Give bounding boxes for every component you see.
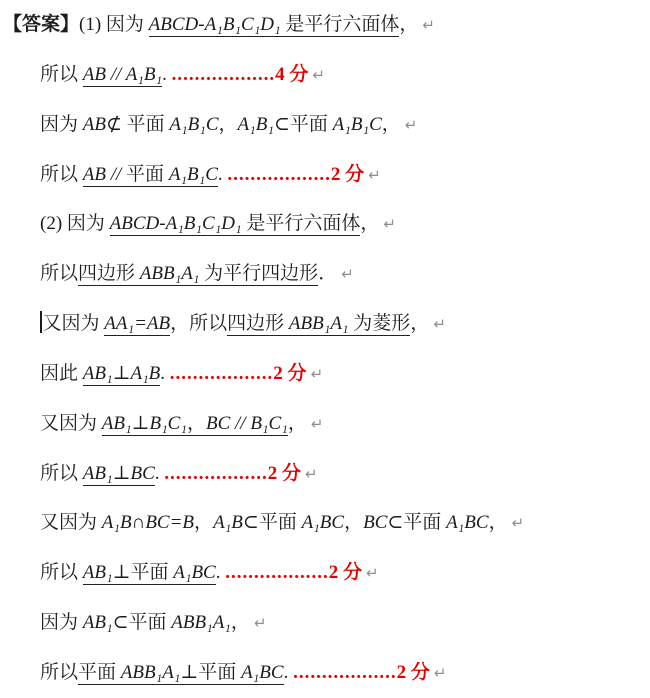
- text-segment: ⊂: [113, 612, 129, 633]
- text-segment: 因此: [40, 363, 83, 384]
- text-segment: AB₁: [83, 363, 113, 386]
- text-segment: A₁B₁: [238, 114, 274, 135]
- text-line: 所以 AB₁⊥平面 A₁BC. ..................2 分↵: [0, 548, 650, 598]
- document-page: 【答案】(1) 因为 ABCD-A₁B₁C₁D₁ 是平行六面体，↵所以 AB /…: [0, 0, 650, 698]
- text-segment: B₁C₁: [149, 413, 187, 436]
- text-segment: 所以: [40, 662, 78, 683]
- text-segment: 因为: [40, 114, 83, 135]
- text-segment: //: [106, 164, 126, 187]
- text-segment: A₁BC: [302, 512, 345, 533]
- return-mark-icon: ↵: [366, 564, 379, 582]
- text-segment: 平面: [259, 512, 302, 533]
- score-badge: 2 分: [331, 164, 364, 185]
- text-line: 所以平面 ABB₁A₁⊥平面 A₁BC. ..................2…: [0, 648, 650, 698]
- return-mark-icon: ↵: [434, 664, 447, 682]
- text-segment: ⊥: [113, 363, 131, 386]
- return-mark-icon: ↵: [512, 514, 525, 532]
- text-segment: AA₁=AB: [104, 313, 170, 336]
- text-segment: 平面: [129, 612, 172, 633]
- text-segment: ABB₁A₁: [171, 612, 231, 633]
- text-segment: A₁BC: [173, 562, 216, 585]
- text-segment: .: [218, 164, 228, 185]
- text-line: 所以四边形 ABB₁A₁ 为平行四边形．↵: [0, 249, 650, 299]
- text-segment: ⊂: [387, 512, 403, 533]
- text-segment: ⊥: [113, 562, 131, 585]
- text-line: 所以 AB // 平面 A₁B₁C. ..................2 分…: [0, 150, 650, 200]
- text-segment: ，: [382, 114, 401, 135]
- return-mark-icon: ↵: [312, 66, 325, 84]
- text-segment: A₁BC: [241, 662, 284, 685]
- return-mark-icon: ↵: [311, 415, 324, 433]
- dotted-leader: ..................: [172, 64, 276, 85]
- text-segment: 是平行六面体: [242, 213, 361, 236]
- text-segment: 平面: [127, 114, 170, 135]
- return-mark-icon: ↵: [254, 614, 267, 632]
- text-cursor: |: [40, 311, 42, 333]
- text-segment: ，: [219, 114, 238, 135]
- score-badge: 2 分: [268, 463, 301, 484]
- text-segment: AB: [83, 164, 106, 187]
- text-segment: A₁B: [130, 363, 160, 386]
- text-segment: ABB₁A₁: [121, 662, 181, 685]
- text-line: 因此 AB₁⊥A₁B. ..................2 分↵: [0, 349, 650, 399]
- text-segment: B₁C₁: [250, 413, 288, 436]
- score-badge: 2 分: [397, 662, 430, 683]
- text-segment: ，: [231, 612, 250, 633]
- dotted-leader: ..................: [227, 164, 331, 185]
- text-segment: (2) 因为: [40, 213, 110, 234]
- text-segment: 【答案】: [3, 14, 79, 35]
- text-segment: AB₁: [83, 562, 113, 585]
- text-segment: 是平行六面体: [281, 14, 400, 37]
- text-segment: ，: [288, 413, 307, 434]
- text-segment: 为平行四边形: [199, 263, 318, 286]
- text-segment: 所以: [40, 64, 83, 85]
- text-segment: 又因为: [40, 413, 102, 434]
- text-segment: 四边形: [227, 313, 289, 336]
- text-segment: 平面: [130, 562, 173, 585]
- text-segment: ．: [318, 263, 337, 284]
- return-mark-icon: ↵: [341, 265, 354, 283]
- return-mark-icon: ↵: [311, 365, 324, 383]
- text-line: |又因为 AA₁=AB，所以四边形 ABB₁A₁ 为菱形，↵: [0, 299, 650, 349]
- text-segment: 四边形: [78, 263, 140, 286]
- text-line: 又因为 A₁B∩BC=B，A₁B⊂平面 A₁BC，BC⊂平面 A₁BC，↵: [0, 498, 650, 548]
- return-mark-icon: ↵: [368, 166, 381, 184]
- text-segment: //: [106, 64, 126, 87]
- text-segment: BC: [130, 463, 154, 486]
- text-segment: 平面: [403, 512, 446, 533]
- return-mark-icon: ↵: [305, 465, 318, 483]
- text-segment: 所以: [40, 263, 78, 284]
- text-segment: 平面: [126, 164, 169, 187]
- dotted-leader: ..................: [293, 662, 397, 683]
- text-segment: 又因为: [43, 313, 105, 334]
- text-line: 所以 AB₁⊥BC. ..................2 分↵: [0, 449, 650, 499]
- return-mark-icon: ↵: [422, 16, 435, 34]
- text-segment: //: [230, 413, 250, 436]
- text-line: 因为 AB₁⊂平面 ABB₁A₁，↵: [0, 598, 650, 648]
- text-segment: ⊥: [180, 662, 198, 685]
- score-badge: 2 分: [329, 562, 362, 583]
- text-segment: ⊥: [113, 463, 131, 486]
- text-segment: ，: [489, 512, 508, 533]
- text-segment: 所以: [40, 562, 83, 583]
- text-line: (2) 因为 ABCD-A₁B₁C₁D₁ 是平行六面体，↵: [0, 199, 650, 249]
- text-segment: BC: [206, 413, 230, 436]
- text-segment: 所以: [40, 463, 83, 484]
- text-segment: AB₁: [83, 463, 113, 486]
- dotted-leader: ..................: [225, 562, 329, 583]
- text-segment: ，: [360, 213, 379, 234]
- text-segment: AB₁: [83, 612, 113, 633]
- text-segment: ABB₁A₁: [289, 313, 349, 336]
- text-segment: 为菱形: [349, 313, 411, 336]
- text-segment: ⊂: [274, 114, 290, 135]
- text-segment: 平面: [78, 662, 121, 685]
- text-segment: A₁B: [102, 512, 132, 533]
- dotted-leader: ..................: [164, 463, 268, 484]
- text-segment: AB: [83, 114, 106, 135]
- text-segment: BC: [363, 512, 387, 533]
- text-segment: ，: [399, 14, 418, 35]
- text-segment: .: [284, 662, 294, 683]
- text-segment: ABB₁A₁: [140, 263, 200, 286]
- text-segment: A₁B₁: [126, 64, 162, 87]
- text-segment: .: [216, 562, 226, 583]
- text-segment: AB: [83, 64, 106, 87]
- text-segment: .: [162, 64, 172, 85]
- return-mark-icon: ↵: [433, 315, 446, 333]
- text-segment: .: [160, 363, 170, 384]
- text-segment: ，: [187, 413, 206, 436]
- text-segment: ，: [194, 512, 213, 533]
- text-segment: 又因为: [40, 512, 102, 533]
- answer-document-body: 【答案】(1) 因为 ABCD-A₁B₁C₁D₁ 是平行六面体，↵所以 AB /…: [0, 0, 650, 698]
- score-badge: 4 分: [275, 64, 308, 85]
- text-segment: AB₁: [102, 413, 132, 436]
- return-mark-icon: ↵: [383, 215, 396, 233]
- text-segment: 所以: [40, 164, 83, 185]
- dotted-leader: ..................: [170, 363, 274, 384]
- text-line: 因为 AB⊄ 平面 A₁B₁C，A₁B₁⊂平面 A₁B₁C，↵: [0, 100, 650, 150]
- text-segment: BC=B: [145, 512, 194, 533]
- score-badge: 2 分: [273, 363, 306, 384]
- text-segment: 因为: [40, 612, 83, 633]
- text-segment: ABCD-A₁B₁C₁D₁: [110, 213, 242, 236]
- text-segment: A₁B₁C: [333, 114, 382, 135]
- text-segment: .: [155, 463, 165, 484]
- text-segment: ∩: [132, 512, 146, 533]
- text-segment: ，所以: [170, 313, 227, 334]
- text-segment: A₁B: [213, 512, 243, 533]
- text-segment: A₁B₁C: [169, 114, 218, 135]
- text-segment: ⊥: [132, 413, 150, 436]
- text-segment: (1) 因为: [79, 14, 149, 35]
- text-segment: ⊄: [106, 114, 127, 135]
- text-line: 所以 AB // A₁B₁. ..................4 分↵: [0, 50, 650, 100]
- text-line: 【答案】(1) 因为 ABCD-A₁B₁C₁D₁ 是平行六面体，↵: [0, 0, 650, 50]
- text-line: 又因为 AB₁⊥B₁C₁，BC // B₁C₁，↵: [0, 399, 650, 449]
- text-segment: 平面: [290, 114, 333, 135]
- text-segment: ，: [344, 512, 363, 533]
- return-mark-icon: ↵: [405, 116, 418, 134]
- text-segment: ，: [410, 313, 429, 334]
- text-segment: ABCD-A₁B₁C₁D₁: [149, 14, 281, 37]
- text-segment: ⊂: [243, 512, 259, 533]
- text-segment: 平面: [198, 662, 241, 685]
- text-segment: A₁B₁C: [169, 164, 218, 187]
- text-segment: A₁BC: [446, 512, 489, 533]
